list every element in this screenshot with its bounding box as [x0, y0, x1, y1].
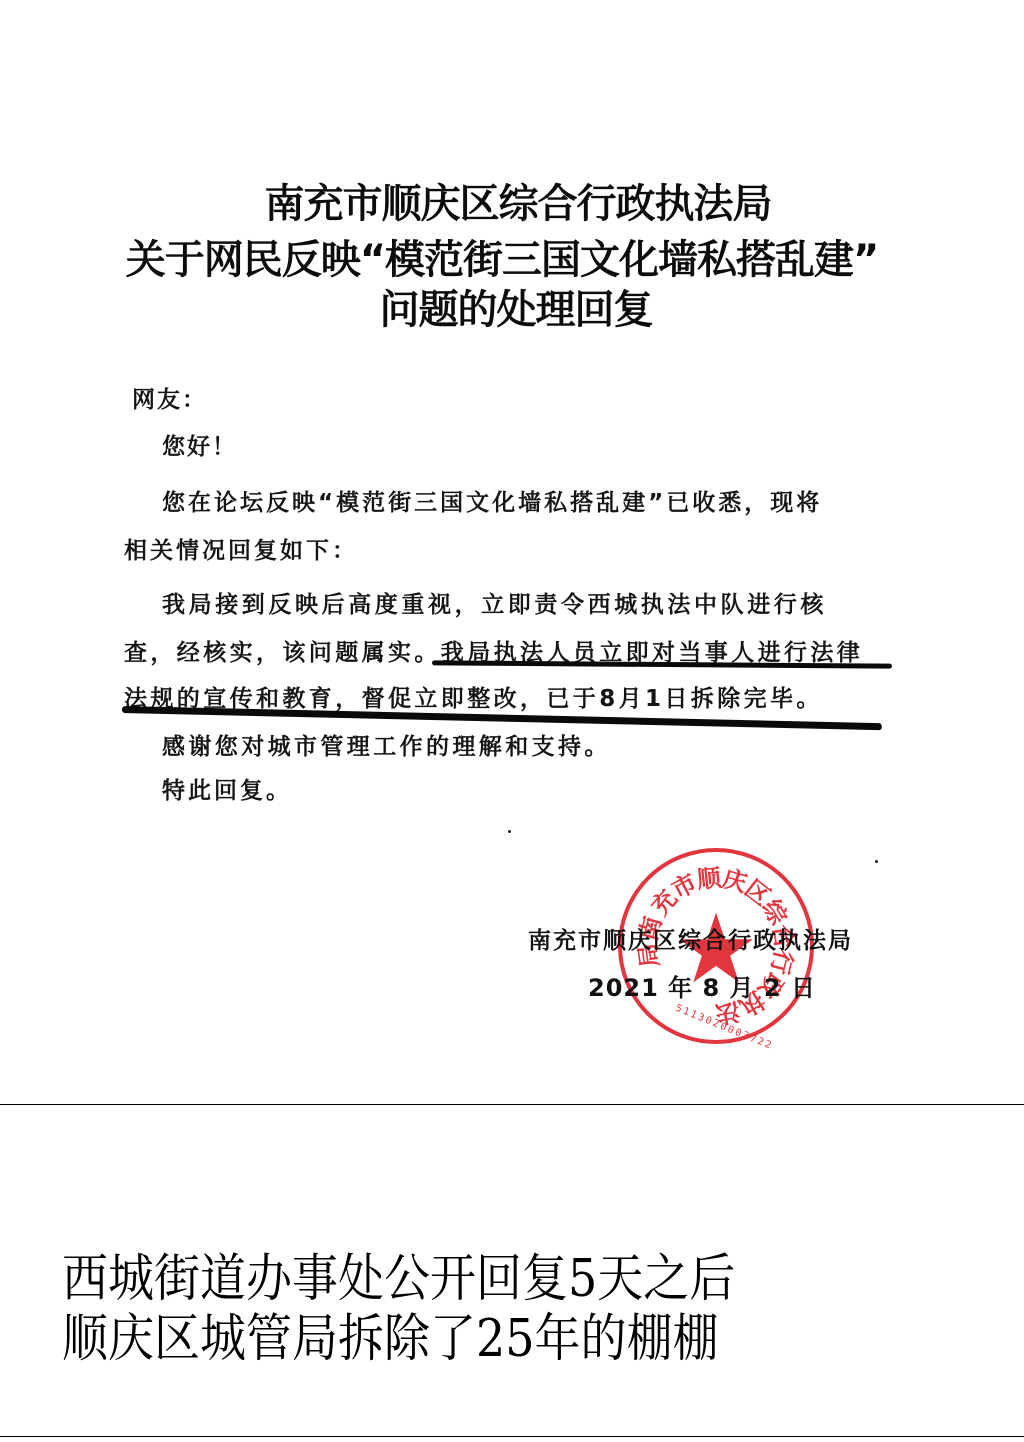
- paragraph-4: 特此回复。: [162, 772, 292, 805]
- salutation: 网友：: [132, 381, 207, 414]
- scan-speck: [875, 860, 878, 863]
- caption-line-2: 顺庆区城管局拆除了25年的棚棚: [62, 1298, 719, 1372]
- scan-speck: [508, 830, 511, 833]
- letter-title-line-2: 关于网民反映“模范街三国文化墙私搭乱建”: [0, 228, 1014, 285]
- greeting: 您好！: [162, 428, 237, 461]
- paragraph-1-line-1: 您在论坛反映“模范街三国文化墙私搭乱建”已收悉，现将: [162, 484, 822, 517]
- paragraph-2-line-1: 我局接到反映后高度重视，立即责令西城执法中队进行核: [162, 586, 827, 619]
- signature-organization: 南充市顺庆区综合行政执法局: [528, 922, 853, 955]
- scanned-letter: 南充市顺庆区综合行政执法局 关于网民反映“模范街三国文化墙私搭乱建” 问题的处理…: [0, 0, 1024, 1104]
- letter-title-line-1: 南充市顺庆区综合行政执法局: [6, 172, 1024, 229]
- paragraph-3: 感谢您对城市管理工作的理解和支持。: [162, 728, 611, 761]
- paragraph-1-line-2: 相关情况回复如下：: [124, 532, 358, 565]
- letter-title-line-3: 问题的处理回复: [4, 278, 1024, 335]
- signature-date: 2021 年 8 月 2 日: [588, 968, 816, 1003]
- bottom-divider: [0, 1436, 1024, 1437]
- section-divider: [0, 1104, 1024, 1105]
